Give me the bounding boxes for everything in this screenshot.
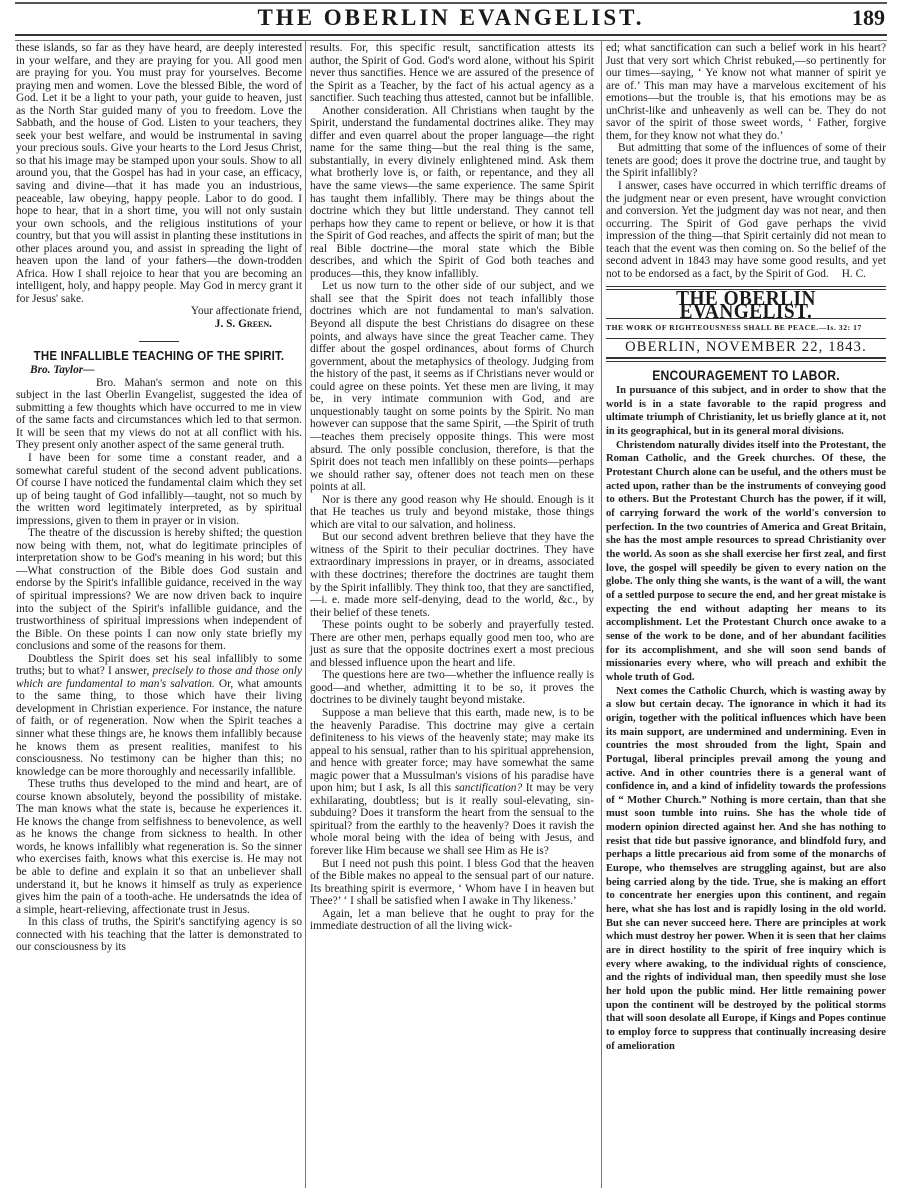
column-divider: [305, 40, 306, 1188]
masthead-dateline: OBERLIN, NOVEMBER 22, 1843.: [606, 338, 886, 357]
column-3: ed; what sanctification can such a belie…: [606, 42, 886, 1053]
paragraph: results. For, this specific result, sanc…: [310, 42, 594, 105]
letter-continuation: these islands, so far as they have heard…: [16, 42, 302, 305]
paragraph: Next comes the Catholic Church, which is…: [606, 685, 886, 1054]
text-run: I answer, cases have occurred in which t…: [606, 180, 886, 280]
italic-text-run: sanctification?: [455, 782, 522, 794]
section-separator: [139, 341, 179, 342]
paragraph: In this class of truths, the Spirit's sa…: [16, 916, 302, 954]
paragraph: These truths thus developed to the mind …: [16, 778, 302, 916]
header-rule: [15, 34, 887, 41]
letter-closing: Your affectionate friend,: [16, 305, 302, 318]
salutation: Bro. Taylor—: [16, 364, 302, 377]
article-title: ENCOURAGEMENT TO LABOR.: [620, 370, 872, 383]
paragraph: But I need not push this point. I bless …: [310, 858, 594, 908]
paragraph: But admitting that some of the influence…: [606, 142, 886, 180]
paragraph: Suppose a man believe that this earth, m…: [310, 707, 594, 858]
column-2: results. For, this specific result, sanc…: [310, 42, 594, 933]
page-header: THE OBERLIN EVANGELIST. 189: [15, 2, 887, 32]
letter-signature: J. S. Green.: [16, 318, 302, 331]
masthead-rule: [606, 357, 886, 362]
paragraph: These points ought to be soberly and pra…: [310, 619, 594, 669]
paragraph: I answer, cases have occurred in which t…: [606, 180, 886, 280]
paragraph: Doubtless the Spirit does set his seal i…: [16, 653, 302, 778]
newspaper-title: THE OBERLIN EVANGELIST.: [15, 5, 887, 31]
paragraph: Another consideration. All Christians wh…: [310, 105, 594, 281]
paragraph: Let us now turn to the other side of our…: [310, 280, 594, 493]
column-divider: [601, 40, 602, 1188]
text-run: Or, what amounts to the same thing, to t…: [16, 678, 302, 778]
paragraph: Christendom naturally divides itself int…: [606, 439, 886, 685]
author-initials: H. C.: [830, 268, 886, 281]
paragraph: Again, let a man believe that he ought t…: [310, 908, 594, 933]
masthead-title: THE OBERLIN EVANGELIST.: [617, 290, 875, 318]
paragraph: In pursuance of this subject, and in ord…: [606, 384, 886, 439]
paragraph: But our second advent brethren believe t…: [310, 531, 594, 619]
paragraph: I have been for some time a constant rea…: [16, 452, 302, 527]
paragraph: ed; what sanctification can such a belie…: [606, 42, 886, 142]
column-1: these islands, so far as they have heard…: [16, 42, 302, 954]
page-number: 189: [852, 5, 885, 31]
paragraph: Nor is there any good reason why He shou…: [310, 494, 594, 532]
paragraph: The theatre of the discussion is hereby …: [16, 527, 302, 652]
article-body: In pursuance of this subject, and in ord…: [606, 384, 886, 1053]
editorial-masthead: THE OBERLIN EVANGELIST. THE WORK OF RIGH…: [606, 286, 886, 361]
text-run: Suppose a man believe that this earth, m…: [310, 707, 594, 794]
closing-text: Your affectionate friend,: [191, 305, 302, 317]
top-rule: [15, 2, 887, 4]
paragraph: The questions here are two—whether the i…: [310, 669, 594, 707]
article-title: THE INFALLIBLE TEACHING OF THE SPIRIT.: [30, 350, 287, 363]
paragraph: Bro. Mahan's sermon and note on this sub…: [16, 377, 302, 452]
